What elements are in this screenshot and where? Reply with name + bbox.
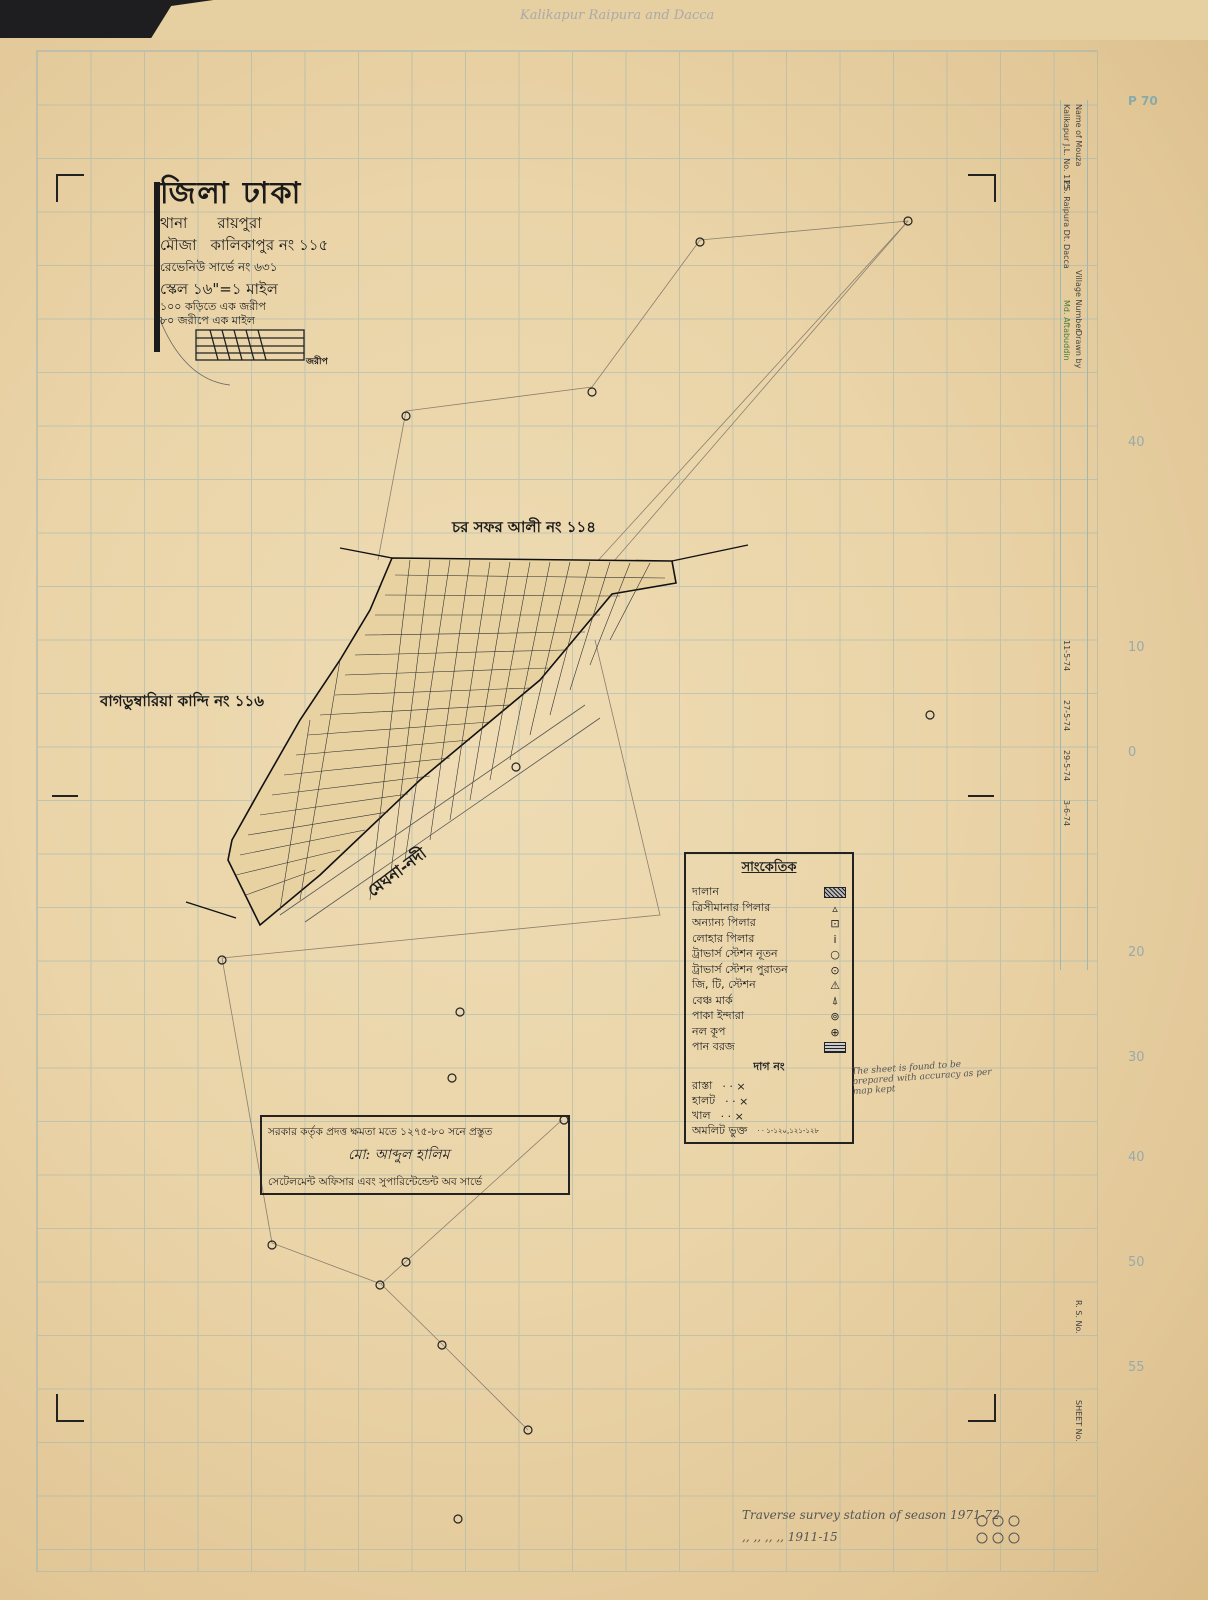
edge-scale-mark: 0 (1128, 745, 1136, 760)
margin-date-1: 11-5-74 (1062, 640, 1071, 671)
margin-header-village: Village Number (1074, 270, 1083, 332)
margin-thana-district: P.S. Raipura Dt. Dacca (1062, 180, 1071, 269)
margin-header-drawn: Drawn by (1074, 330, 1083, 368)
edge-scale-mark: 50 (1128, 1255, 1145, 1270)
page-id: P 70 (1128, 94, 1158, 108)
traverse-note-symbols (0, 0, 1208, 1600)
top-scribble: Kalikapur Raipura and Dacca (520, 8, 714, 23)
edge-scale-mark: 40 (1128, 435, 1145, 450)
edge-scale-mark: 30 (1128, 1050, 1145, 1065)
margin-sheet-no: SHEET No. (1074, 1400, 1083, 1442)
margin-drawn-by: Md. Aftabuddin (1062, 300, 1071, 361)
edge-scale-mark: 55 (1128, 1360, 1145, 1375)
margin-rs-no: R. S. No. (1074, 1300, 1083, 1334)
margin-mouza-name: Kalikapur J.L. No. 115 (1062, 104, 1071, 189)
edge-scale-mark: 40 (1128, 1150, 1145, 1165)
edge-scale-mark: 10 (1128, 640, 1145, 655)
margin-date-3: 29-5-74 (1062, 750, 1071, 781)
margin-header-mouza: Name of Mouza (1074, 104, 1083, 166)
edge-scale-mark: 20 (1128, 945, 1145, 960)
margin-date-2: 27-5-74 (1062, 700, 1071, 731)
margin-date-4: 3-6-74 (1062, 800, 1071, 826)
